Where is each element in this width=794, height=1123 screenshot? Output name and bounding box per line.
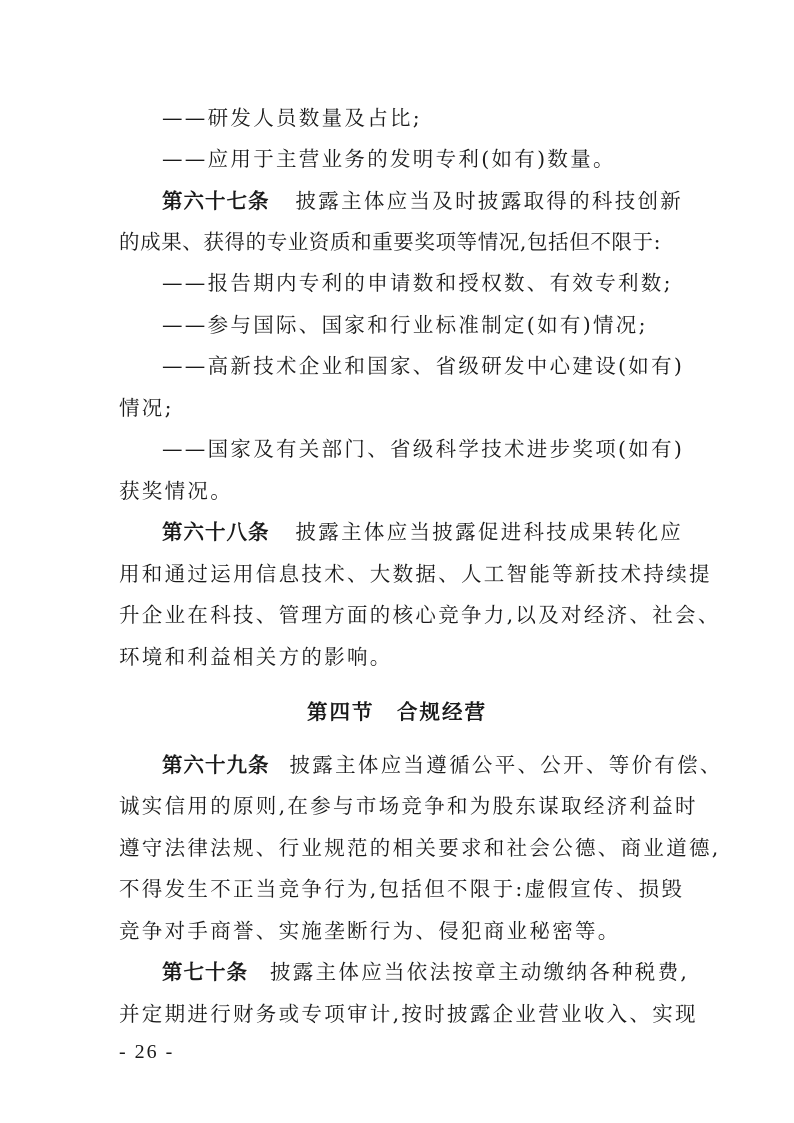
list-item: ——应用于主营业务的发明专利(如有)数量。 xyxy=(162,145,722,173)
article-68-line: 环境和利益相关方的影响。 xyxy=(119,643,679,671)
article-69-line: 竞争对手商誉、实施垄断行为、侵犯商业秘密等。 xyxy=(119,917,679,945)
list-item: ——研发人员数量及占比; xyxy=(162,104,722,132)
list-item: ——参与国际、国家和行业标准制定(如有)情况; xyxy=(162,311,722,339)
article-68-title: 第六十八条 xyxy=(162,520,270,544)
article-69-title: 第六十九条 xyxy=(162,753,270,777)
page-number: - 26 - xyxy=(119,1038,679,1066)
list-item: ——国家及有关部门、省级科学技术进步奖项(如有) xyxy=(162,435,722,463)
list-item: ——报告期内专利的申请数和授权数、有效专利数; xyxy=(162,269,722,297)
article-69-line: 遵守法律法规、行业规范的相关要求和社会公德、商业道德, xyxy=(119,834,679,862)
article-68-first-line: 第六十八条披露主体应当披露促进科技成果转化应 xyxy=(162,518,722,546)
list-item: ——高新技术企业和国家、省级研发中心建设(如有) xyxy=(162,352,722,380)
article-69-first-line: 第六十九条披露主体应当遵循公平、公开、等价有偿、 xyxy=(162,751,722,779)
article-70-text: 披露主体应当依法按章主动缴纳各种税费, xyxy=(270,960,689,984)
article-69-line: 不得发生不正当竞争行为,包括但不限于:虚假宣传、损毁 xyxy=(119,875,679,903)
article-68-line: 用和通过运用信息技术、大数据、人工智能等新技术持续提 xyxy=(119,560,679,588)
article-67-first-line: 第六十七条披露主体应当及时披露取得的科技创新 xyxy=(162,187,722,215)
article-69-line: 诚实信用的原则,在参与市场竞争和为股东谋取经济利益时 xyxy=(119,792,679,820)
document-page: ——研发人员数量及占比; ——应用于主营业务的发明专利(如有)数量。 第六十七条… xyxy=(0,0,794,1123)
article-67-line: 的成果、获得的专业资质和重要奖项等情况,包括但不限于: xyxy=(119,228,679,256)
list-item-continuation: 情况; xyxy=(119,394,679,422)
article-67-title: 第六十七条 xyxy=(162,189,270,213)
article-69-text: 披露主体应当遵循公平、公开、等价有偿、 xyxy=(290,753,723,777)
article-70-first-line: 第七十条披露主体应当依法按章主动缴纳各种税费, xyxy=(162,958,722,986)
article-67-text: 披露主体应当及时披露取得的科技创新 xyxy=(296,189,684,213)
section-heading: 第四节 合规经营 xyxy=(0,698,794,726)
article-68-text: 披露主体应当披露促进科技成果转化应 xyxy=(296,520,684,544)
article-70-title: 第七十条 xyxy=(162,960,248,984)
article-70-line: 并定期进行财务或专项审计,按时披露企业营业收入、实现 xyxy=(119,1000,679,1028)
article-68-line: 升企业在科技、管理方面的核心竞争力,以及对经济、社会、 xyxy=(119,601,679,629)
list-item-continuation: 获奖情况。 xyxy=(119,477,679,505)
